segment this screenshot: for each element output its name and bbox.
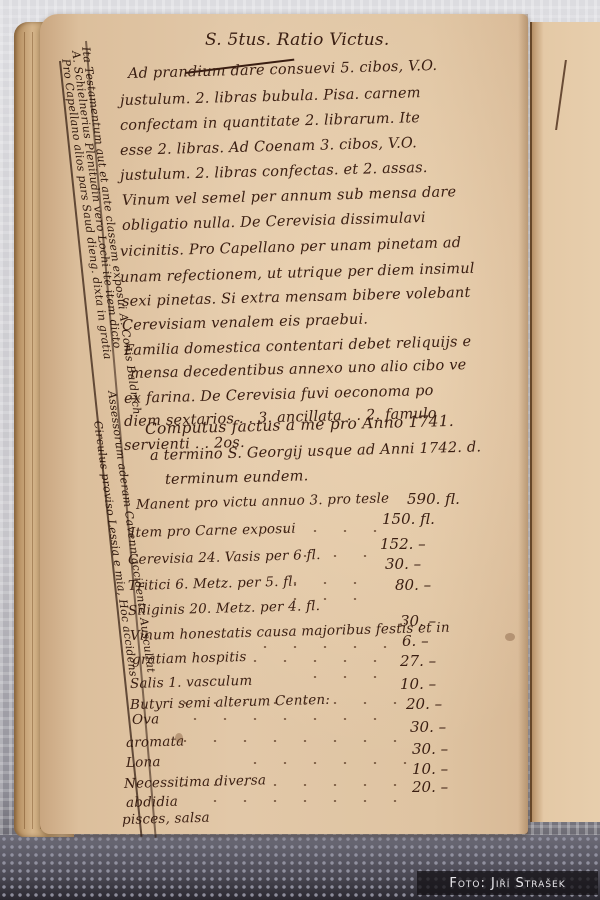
ledger-amount: 10. – — [400, 675, 436, 693]
leader-dots — [280, 598, 380, 600]
ledger-amount: 10. – — [412, 760, 448, 778]
ledger-amount: 27. – — [400, 652, 436, 670]
ledger-amount: 6. – — [402, 632, 429, 650]
ink-stain — [175, 733, 183, 743]
leader-dots — [170, 702, 400, 704]
ledger-amount: 80. – — [395, 576, 431, 594]
leader-dots — [240, 660, 400, 662]
leader-dots — [240, 762, 410, 764]
ledger-amount: 30. – — [412, 740, 448, 758]
leader-dots — [290, 555, 380, 557]
ledger-amount: 20. – — [406, 695, 442, 713]
leader-dots — [170, 740, 410, 742]
ledger-label: Salis 1. vasculum — [130, 673, 253, 692]
photo-credit-watermark: Foto: Jiří Strašek — [417, 871, 598, 895]
ledger-amount: 150. fl. — [382, 510, 435, 528]
ledger-amount: 30. – — [400, 612, 436, 630]
ledger-amount: 152. – — [380, 535, 426, 553]
leader-dots — [200, 800, 410, 802]
ink-stain — [505, 633, 515, 641]
ledger-amount: 30. – — [385, 555, 421, 573]
leader-dots — [270, 530, 380, 532]
ledger-amount: 20. – — [412, 778, 448, 796]
leader-dots — [180, 718, 400, 720]
leader-dots — [280, 582, 380, 584]
ledger-amount: 30. – — [410, 718, 446, 736]
page-heading: S. 5tus. Ratio Victus. — [205, 30, 389, 50]
leader-dots — [300, 676, 400, 678]
leader-dots — [250, 646, 400, 648]
leader-dots — [170, 784, 410, 786]
right-page — [530, 22, 600, 822]
ledger-amount: 590. fl. — [407, 490, 460, 508]
binding-shadow — [518, 14, 528, 834]
ledger-label: pisces, salsa — [122, 810, 210, 828]
ledger-label: Lona — [126, 754, 161, 771]
